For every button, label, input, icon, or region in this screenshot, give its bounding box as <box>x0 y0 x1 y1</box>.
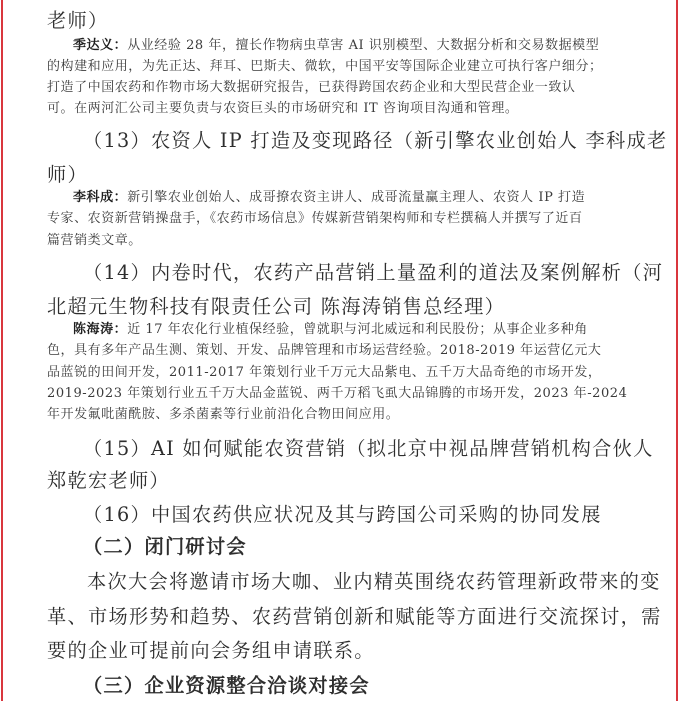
bio-li-kecheng-line-2: 专家、农资新营销操盘手，《农药市场信息》传媒新营销架构师和专栏撰稿人并撰写了近百 <box>47 207 583 226</box>
bio-name: 陈海涛： <box>73 322 127 337</box>
item-13-line-1: （13）农资人 IP 打造及变现路径（新引擎农业创始人 李科成老 <box>83 126 668 153</box>
section-3-heading: （三）企业资源整合洽谈对接会 <box>83 671 370 698</box>
bio-text: 从业经验 28 年，擅长作物病虫草害 AI 识别模型、大数据分析和交易数据模型 <box>127 38 599 53</box>
page-border-right <box>676 0 678 701</box>
item-14-line-1: （14）内卷时代，农药产品营销上量盈利的道法及案例解析（河 <box>83 258 663 285</box>
bio-name: 李科成： <box>73 190 127 205</box>
bio-ji-dayi-line-2: 的构建和应用，为先正达、拜耳、巴斯夫、微软，中国平安等国际企业建立可执行客户细分… <box>47 55 603 74</box>
section-2-paragraph-line-2: 革、市场形势和趋势、农药营销创新和赋能等方面进行交流探讨，需 <box>47 602 662 629</box>
bio-li-kecheng-line-3: 篇营销类文章。 <box>47 229 142 248</box>
bio-li-kecheng-line-1: 李科成：新引擎农业创始人、成哥撩农资主讲人、成哥流量赢主理人、农资人 IP 打造 <box>73 186 585 205</box>
bio-text: 新引擎农业创始人、成哥撩农资主讲人、成哥流量赢主理人、农资人 IP 打造 <box>127 190 585 205</box>
item-16-line-1: （16）中国农药供应状况及其与跨国公司采购的协同发展 <box>83 500 602 527</box>
page-border-left <box>1 0 3 701</box>
section-2-paragraph-line-1: 本次大会将邀请市场大咖、业内精英围绕农药管理新政带来的变 <box>87 567 661 594</box>
bio-ji-dayi-line-1: 季达义：从业经验 28 年，擅长作物病虫草害 AI 识别模型、大数据分析和交易数… <box>73 34 599 53</box>
bio-chen-haitao-line-1: 陈海涛：近 17 年农化行业植保经验，曾就职与河北威远和利民股份；从事企业多种角 <box>73 318 588 337</box>
item-14-line-2: 北超元生物科技有限责任公司 陈海涛销售总经理） <box>47 292 505 319</box>
item-15-line-1: （15）AI 如何赋能农资营销（拟北京中视品牌营销机构合伙人 <box>83 434 654 461</box>
bio-chen-haitao-line-2: 色，具有多年产品生测、策划、开发、品牌管理和市场运营经验。2018-2019 年… <box>47 339 601 358</box>
section-2-paragraph-line-3: 要的企业可提前向会务组申请联系。 <box>47 636 375 663</box>
item-13-line-2: 师） <box>47 160 88 187</box>
section-2-heading: （二）闭门研讨会 <box>83 532 247 559</box>
bio-text: 近 17 年农化行业植保经验，曾就职与河北威远和利民股份；从事企业多种角 <box>127 322 588 337</box>
item-15-line-2: 郑乾宏老师） <box>47 466 170 493</box>
bio-ji-dayi-line-3: 打造了中国农药和作物市场大数据研究报告，已获得跨国农药企业和大型民营企业一致认 <box>47 76 575 95</box>
bio-chen-haitao-line-3: 品蓝锐的田间开发，2011-2017 年策划行业千万元大品紫电、五千万大品奇绝的… <box>47 361 601 380</box>
bio-chen-haitao-line-4: 2019-2023 年策划行业五千万大品金蓝锐、两千万稻飞虱大品锦腾的市场开发，… <box>47 382 627 401</box>
bio-chen-haitao-line-5: 年开发氟吡菌酰胺、多杀菌素等行业前沿化合物田间应用。 <box>47 403 399 422</box>
bio-name: 季达义： <box>73 38 127 53</box>
item-12-continuation: 老师） <box>47 6 108 33</box>
bio-ji-dayi-line-4: 可。在两河汇公司主要负责与农资巨头的市场研究和 IT 咨询项目沟通和管理。 <box>47 97 518 116</box>
